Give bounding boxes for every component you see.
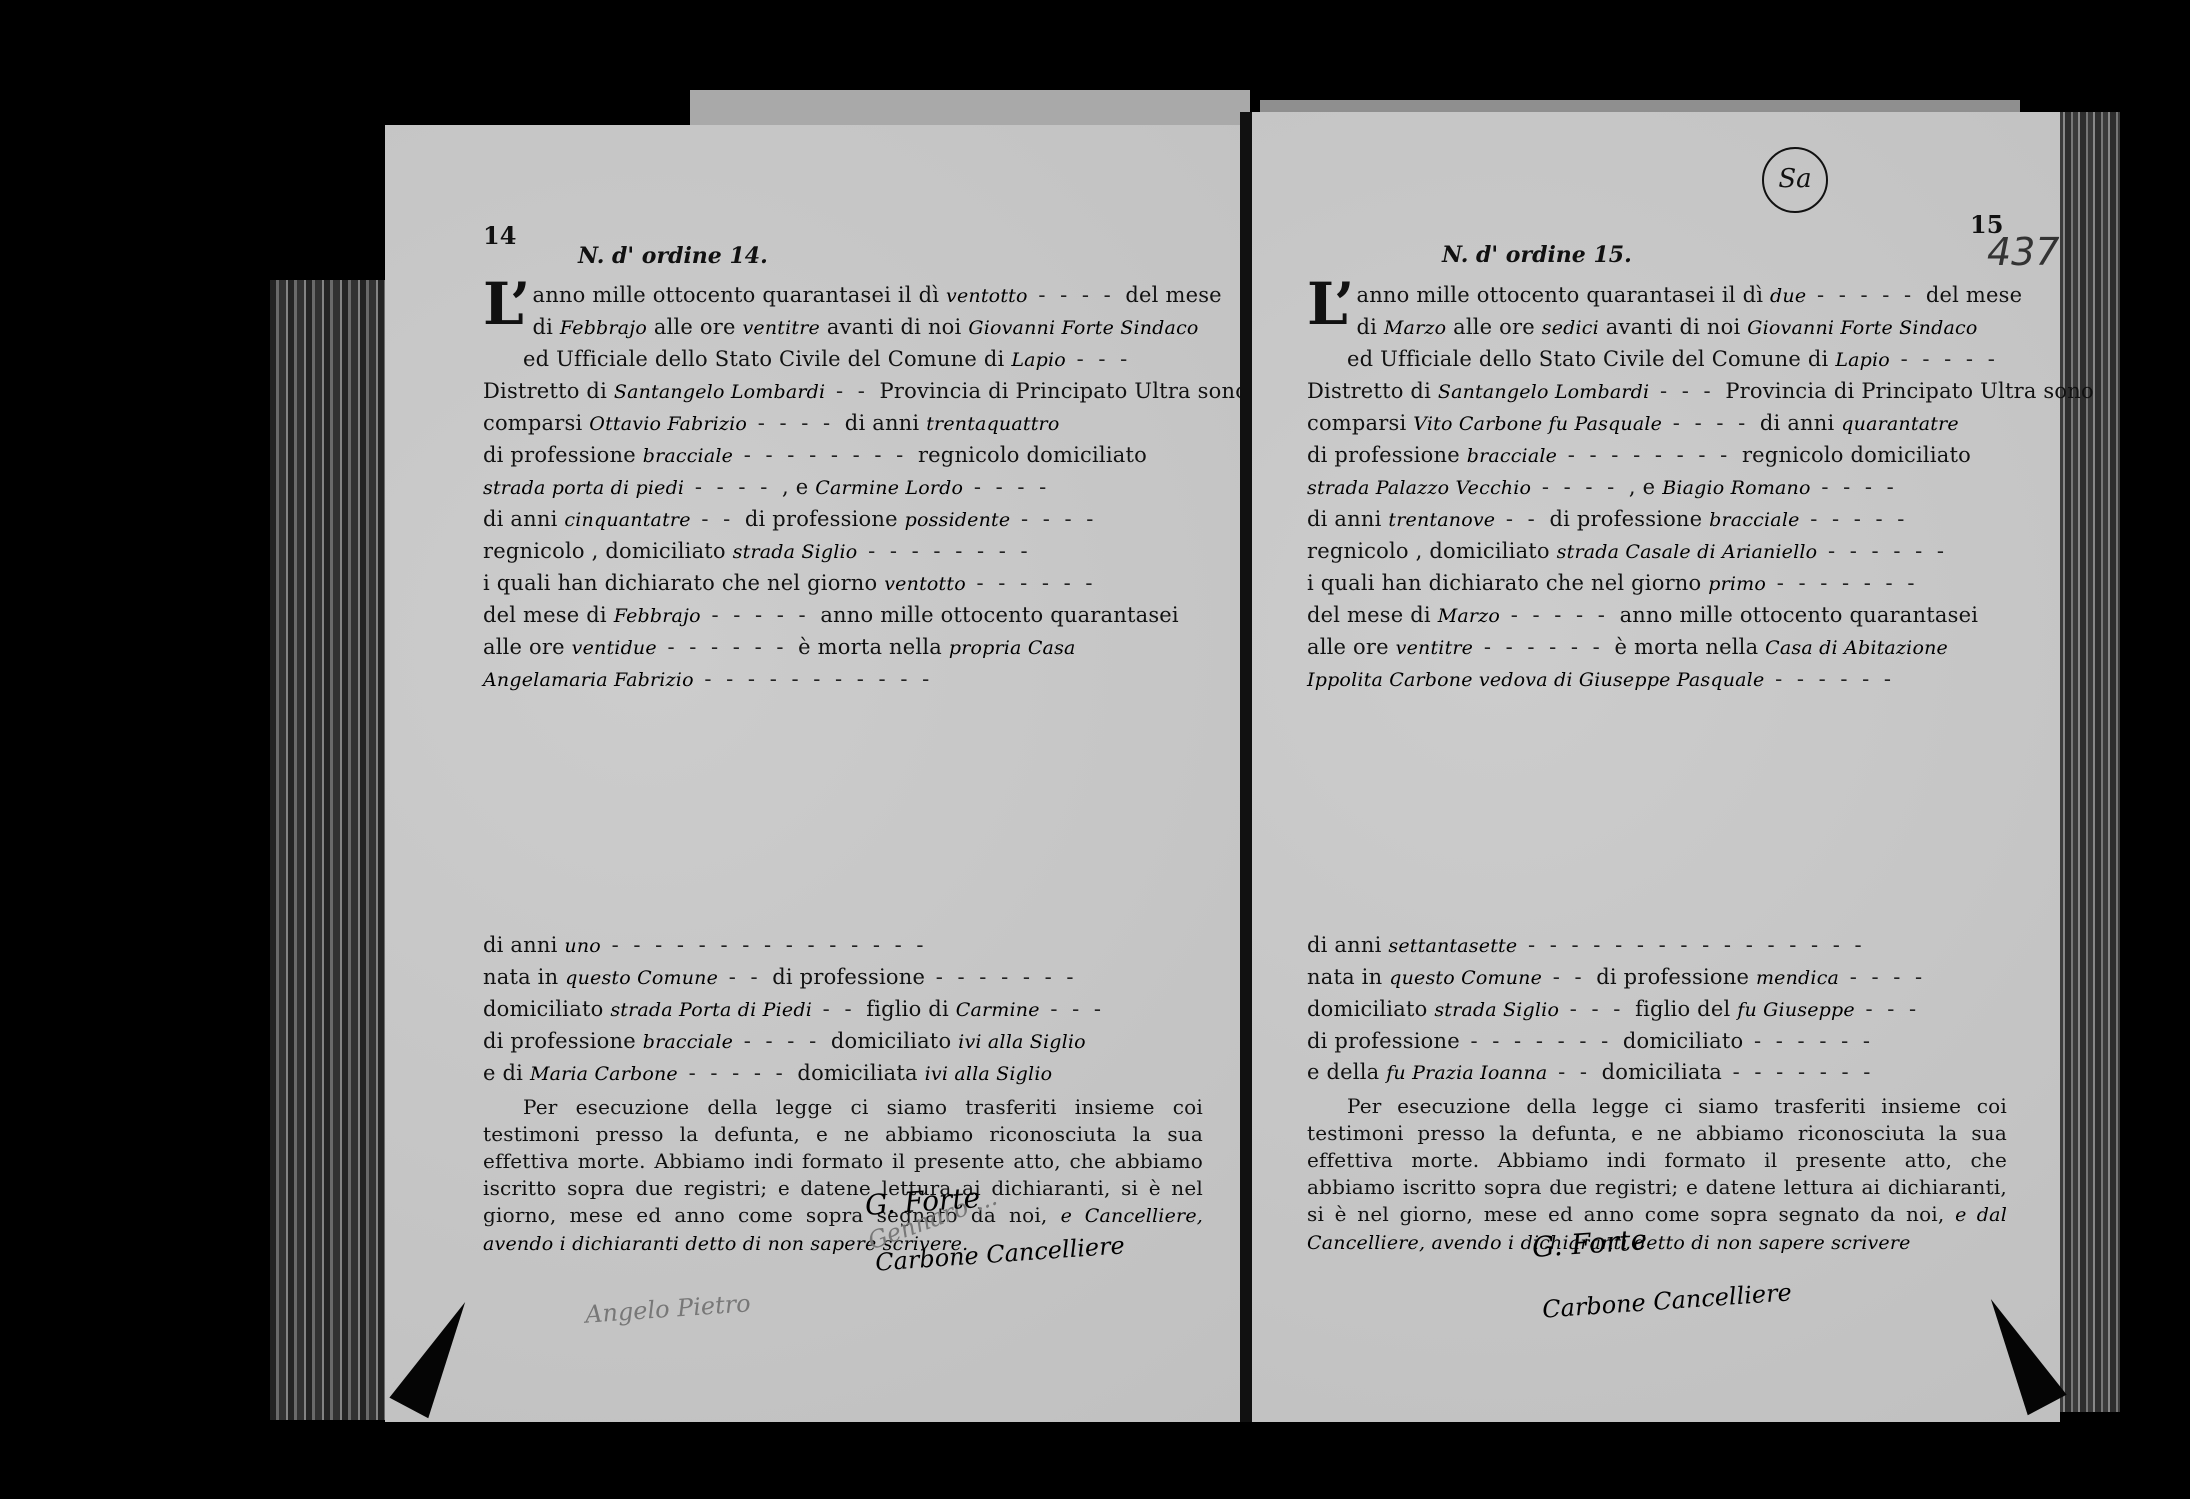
handwritten-comune: Lapio — [1835, 349, 1890, 371]
text: di anni — [483, 933, 564, 957]
text: di anni — [1760, 411, 1841, 435]
handwritten-deceased-age: settantasette — [1388, 935, 1517, 957]
text: regnicolo domiciliato — [1742, 443, 1971, 467]
handwritten-deceased-name: Angelamaria Fabrizio — [483, 669, 694, 691]
text: regnicolo , domiciliato — [483, 539, 733, 563]
handwritten-mother: fu Prazia Ioanna — [1386, 1062, 1547, 1084]
handwritten-deceased-profession: mendica — [1756, 967, 1839, 989]
handwritten-age: cinquantatre — [564, 509, 690, 531]
text: i quali han dichiarato che nel giorno — [1307, 571, 1708, 595]
record-number: N. d' ordine 14. — [578, 243, 768, 269]
text: di — [532, 315, 559, 339]
page-clip — [1971, 1289, 2066, 1416]
text: è morta nella — [1614, 635, 1765, 659]
handwritten-declarant-2: Carmine Lordo — [815, 477, 963, 499]
record-body-upper: L’anno mille ottocento quarantasei il dì… — [483, 280, 1203, 696]
handwritten-profession: bracciale — [1467, 445, 1557, 467]
text: di professione — [1549, 507, 1709, 531]
text: avanti di noi — [820, 315, 968, 339]
right-page: Sa 15 437 N. d' ordine 15. L’anno mille … — [1252, 112, 2060, 1422]
text: figlio di — [866, 997, 956, 1021]
handwritten-declarant-2: Biagio Romano — [1662, 477, 1810, 499]
record-number: N. d' ordine 15. — [1442, 242, 1632, 268]
text: anno mille ottocento quarantasei il dì — [1356, 283, 1770, 307]
handwritten-officer: Giovanni Forte Sindaco — [1747, 317, 1977, 339]
text: di anni — [483, 507, 564, 531]
text: regnicolo , domiciliato — [1307, 539, 1557, 563]
text: domiciliato — [831, 1029, 958, 1053]
handwritten-hour: sedici — [1542, 317, 1599, 339]
handwritten-mother: Maria Carbone — [530, 1063, 678, 1085]
handwritten-address: strada Siglio — [733, 541, 858, 563]
handwritten-address: strada Siglio — [1434, 999, 1559, 1021]
handwritten-age: quarantatre — [1841, 413, 1959, 435]
text: Provincia di Principato Ultra sono — [880, 379, 1249, 403]
text: domiciliato — [483, 997, 610, 1021]
handwritten-death-place: propria Casa — [949, 637, 1076, 659]
book-page-edges-right — [2058, 112, 2120, 1412]
page-clip — [389, 1292, 484, 1419]
handwritten-deceased-name: Ippolita Carbone vedova di Giuseppe Pasq… — [1307, 669, 1764, 691]
text: Per esecuzione della legge ci siamo tras… — [1307, 1094, 2007, 1226]
text: e della — [1307, 1060, 1386, 1084]
handwritten-father: Carmine — [956, 999, 1040, 1021]
text: i quali han dichiarato che nel giorno — [483, 571, 884, 595]
text: figlio del — [1635, 997, 1737, 1021]
text: e di — [483, 1061, 530, 1085]
handwritten-address: strada Casale di Arianiello — [1557, 541, 1818, 563]
handwritten-death-place: Casa di Abitazione — [1765, 637, 1948, 659]
handwritten-birthplace: questo Comune — [1389, 967, 1542, 989]
handwritten-profession: bracciale — [643, 445, 733, 467]
handwritten-profession: possidente — [905, 509, 1011, 531]
folio-number: 437 — [1987, 230, 2060, 274]
text: nata in — [1307, 965, 1389, 989]
top-leaf-left — [690, 90, 1250, 128]
text: domiciliato — [1623, 1029, 1743, 1053]
text: domiciliata — [1602, 1060, 1722, 1084]
text: , e — [782, 475, 815, 499]
handwritten-officer: Giovanni Forte Sindaco — [968, 317, 1198, 339]
text: è morta nella — [798, 635, 949, 659]
text: di professione — [1307, 1029, 1460, 1053]
text: ed Ufficiale dello Stato Civile del Comu… — [1347, 347, 1835, 371]
text: del mese — [1926, 283, 2022, 307]
left-page: 14 N. d' ordine 14. L’anno mille ottocen… — [385, 125, 1245, 1422]
text: di anni — [845, 411, 926, 435]
page-number: 14 — [483, 221, 516, 250]
text: di — [1356, 315, 1383, 339]
text: alle ore — [483, 635, 572, 659]
text: comparsi — [483, 411, 589, 435]
text: Distretto di — [1307, 379, 1438, 403]
handwritten-birthplace: questo Comune — [565, 967, 718, 989]
faint-signature: Angelo Pietro — [584, 1289, 751, 1328]
handwritten-death-month: Marzo — [1438, 605, 1500, 627]
text: del mese di — [483, 603, 614, 627]
text: alle ore — [1446, 315, 1542, 339]
signature-cancelliere: Carbone Cancelliere — [1541, 1278, 1792, 1323]
text: nata in — [483, 965, 565, 989]
record-body-lower: di anni settantasette - - - - - - - - - … — [1307, 930, 2007, 1257]
text: regnicolo domiciliato — [918, 443, 1147, 467]
handwritten-address: strada Palazzo Vecchio — [1307, 477, 1531, 499]
handwritten-death-hour: ventitre — [1396, 637, 1474, 659]
stamp-seal: Sa — [1762, 147, 1828, 213]
handwritten-distretto: Santangelo Lombardi — [614, 381, 825, 403]
handwritten-father-address: ivi alla Siglio — [958, 1031, 1086, 1053]
handwritten-deceased-age: uno — [564, 935, 601, 957]
text: avanti di noi — [1599, 315, 1747, 339]
handwritten-month: Marzo — [1384, 317, 1446, 339]
text: , e — [1629, 475, 1662, 499]
text: di professione — [1307, 443, 1467, 467]
text: di professione — [772, 965, 925, 989]
handwritten-address: strada porta di piedi — [483, 477, 684, 499]
text: anno mille ottocento quarantasei — [820, 603, 1179, 627]
handwritten-distretto: Santangelo Lombardi — [1438, 381, 1649, 403]
handwritten-father: fu Giuseppe — [1737, 999, 1855, 1021]
text: Distretto di — [483, 379, 614, 403]
text: domiciliato — [1307, 997, 1434, 1021]
text: di professione — [1596, 965, 1756, 989]
text: di anni — [1307, 933, 1388, 957]
text: di professione — [483, 443, 643, 467]
book-page-edges-left — [270, 280, 390, 1420]
text: Provincia di Principato Ultra sono — [1725, 379, 2094, 403]
handwritten-profession: bracciale — [1709, 509, 1799, 531]
text: alle ore — [647, 315, 743, 339]
handwritten-father-profession: bracciale — [643, 1031, 733, 1053]
handwritten-month: Febbrajo — [560, 317, 647, 339]
handwritten-death-hour: ventidue — [572, 637, 657, 659]
text: anno mille ottocento quarantasei — [1620, 603, 1979, 627]
text: ed Ufficiale dello Stato Civile del Comu… — [523, 347, 1011, 371]
text: di professione — [483, 1029, 643, 1053]
handwritten-comune: Lapio — [1011, 349, 1066, 371]
handwritten-day: due — [1770, 285, 1806, 307]
closing-paragraph: Per esecuzione della legge ci siamo tras… — [1307, 1093, 2007, 1257]
handwritten-day: ventotto — [946, 285, 1028, 307]
handwritten-declarant-1: Ottavio Fabrizio — [589, 413, 747, 435]
handwritten-age: trentaquattro — [926, 413, 1059, 435]
handwritten-death-month: Febbrajo — [614, 605, 701, 627]
text: alle ore — [1307, 635, 1396, 659]
record-body-upper: L’anno mille ottocento quarantasei il dì… — [1307, 280, 2007, 696]
text: di anni — [1307, 507, 1388, 531]
handwritten-age: trentanove — [1388, 509, 1495, 531]
handwritten-death-day: primo — [1708, 573, 1766, 595]
record-body-lower: di anni uno - - - - - - - - - - - - - - … — [483, 930, 1203, 1258]
text: di professione — [745, 507, 905, 531]
handwritten-mother-address: ivi alla Siglio — [925, 1063, 1053, 1085]
text: del mese di — [1307, 603, 1438, 627]
text: anno mille ottocento quarantasei il dì — [532, 283, 946, 307]
text: domiciliata — [797, 1061, 924, 1085]
text: comparsi — [1307, 411, 1413, 435]
text: del mese — [1125, 283, 1221, 307]
book-spine — [1240, 112, 1252, 1422]
handwritten-declarant-1: Vito Carbone fu Pasquale — [1413, 413, 1662, 435]
handwritten-hour: ventitre — [742, 317, 820, 339]
handwritten-death-day: ventotto — [884, 573, 966, 595]
signature-sindaco: G. Forte — [1531, 1223, 1648, 1264]
handwritten-address: strada Porta di Piedi — [610, 999, 812, 1021]
